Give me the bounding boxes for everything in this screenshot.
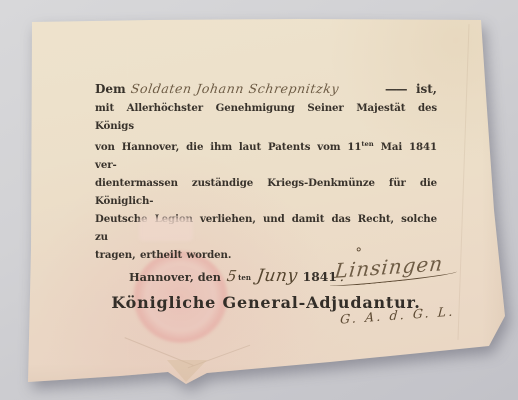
signature-block: ° Linsingen G. A. d. G. L. xyxy=(322,242,487,329)
recipient-name-handwritten: Soldaten Johann Schrepnitzky xyxy=(124,79,384,98)
month-handwritten: Juny xyxy=(256,266,300,286)
body-line-patent: von Hannover, die ihm laut Patents vom 1… xyxy=(95,135,437,174)
photo-background: Dem Soldaten Johann Schrepnitzky —— ist,… xyxy=(0,0,518,400)
document-paper: Dem Soldaten Johann Schrepnitzky —— ist,… xyxy=(0,0,518,400)
body-line: mit Allerhöchster Genehmigung Seiner Maj… xyxy=(95,99,437,135)
body-line: dientermassen zuständige Kriegs-Denkmünz… xyxy=(95,174,437,210)
faded-ink-patch xyxy=(139,217,193,241)
signature-initials: G. A. d. G. L. xyxy=(340,303,456,326)
dateline-place: Hannover, den xyxy=(129,270,221,284)
day-handwritten: 5 xyxy=(226,267,239,285)
salutation-line: Dem Soldaten Johann Schrepnitzky —— ist, xyxy=(95,79,437,99)
ordinal-suffix: ten xyxy=(238,273,251,282)
salutation-suffix: ist, xyxy=(416,80,437,99)
salutation-printed: Dem xyxy=(95,80,126,99)
blank-fill-dash: —— xyxy=(385,80,406,99)
ordinal-superscript: ten xyxy=(361,140,373,148)
paper-dogear-fold xyxy=(167,360,207,382)
body-line-patent-text: von Hannover, die ihm laut Patents vom 1… xyxy=(95,141,361,153)
paper-shadow: Dem Soldaten Johann Schrepnitzky —— ist,… xyxy=(0,0,518,400)
